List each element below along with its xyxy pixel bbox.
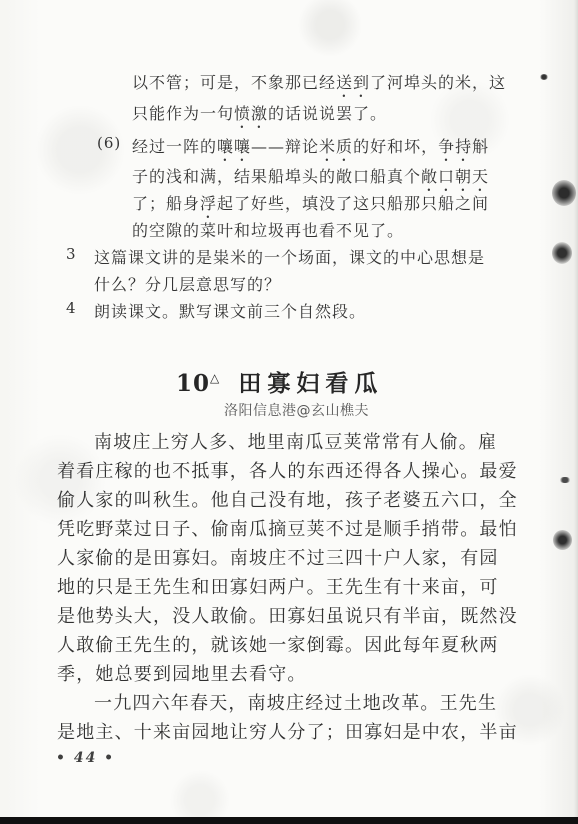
exercise-line: 什么？分几层意思写的？ (0, 272, 578, 296)
exercise-text: 只能作为一句愤激的话说说罢了。 (132, 101, 387, 132)
ink-blot (540, 74, 548, 80)
exercise-text: 朗读课文。默写课文前三个自然段。 (94, 299, 366, 322)
watermark: 洛阳信息港@玄山樵夫 (224, 400, 369, 420)
exercise-line: 的空隙的菜叶和垃圾再也看不见了。 (0, 218, 578, 242)
body-line: 南坡庄上穷人多、地里南瓜豆荚常常有人偷。雇 (57, 428, 537, 457)
body-line: 偷人家的叫秋生。他自己没有地，孩子老婆五六口，全 (57, 486, 537, 515)
exercise-line: 4朗读课文。默写课文前三个自然段。 (0, 299, 578, 323)
body-line: 地的只是王先生和田寡妇两户。王先生有十来亩，可 (57, 573, 537, 602)
exercise-text: 经过一阵的嚷嚷——辩论米质的好和坏，争持斛 (132, 134, 489, 165)
list-marker: (6) (97, 134, 121, 152)
scanned-book-page: 以不管；可是，不象那已经送到了河埠头的米，这 只能作为一句愤激的话说说罢了。 (… (0, 0, 578, 824)
body-line: 着看庄稼的也不抵事，各人的东西还得各人操心。最爱 (57, 457, 537, 486)
exercise-line: 了；船身浮起了好些，填没了这只船那只船之间 (0, 191, 578, 215)
ink-blot (560, 477, 570, 483)
body-line: 凭吃野菜过日子、偷南瓜摘豆荚不过是顺手捎带。最怕 (57, 515, 537, 544)
body-line: 是他势头大，没人敢偷。田寡妇虽说只有半亩，既然没 (57, 602, 537, 631)
exercise-line: 子的浅和满，结果船埠头的敞口船真个敞口朝天 (0, 164, 578, 188)
page-number: • 44 • (56, 750, 115, 766)
exercise-line: (6)经过一阵的嚷嚷——辩论米质的好和坏，争持斛 (0, 134, 578, 158)
body-line: 季，她总要到园地里去看守。 (57, 660, 537, 689)
body-line: 一九四六年春天，南坡庄经过土地改革。王先生 (57, 689, 537, 718)
lesson-body: 南坡庄上穷人多、地里南瓜豆荚常常有人偷。雇 着看庄稼的也不抵事，各人的东西还得各… (57, 428, 537, 747)
lesson-title-text: 田寡妇看瓜 (238, 370, 383, 397)
lesson-title: 10△ 田寡妇看瓜 (176, 365, 383, 398)
scanner-edge-bar (0, 817, 578, 824)
exercise-line: 3这篇课文讲的是粜米的一个场面，课文的中心思想是 (0, 245, 578, 269)
lesson-number: 10 (176, 370, 210, 397)
ink-blot (553, 530, 572, 550)
exercise-text: 以不管；可是，不象那已经送到了河埠头的米，这 (132, 70, 506, 101)
body-line: 是地主、十来亩园地让穷人分了；田寡妇是中农，半亩 (57, 718, 537, 747)
ink-blot (552, 180, 576, 206)
exercise-line: 以不管；可是，不象那已经送到了河埠头的米，这 (0, 70, 578, 94)
list-marker: 4 (66, 299, 77, 317)
lesson-number-mark: △ (210, 371, 219, 385)
body-line: 人敢偷王先生的，就该她一家倒霉。因此每年夏秋两 (57, 631, 537, 660)
ink-blot (552, 242, 572, 264)
exercise-text: 这篇课文讲的是粜米的一个场面，课文的中心思想是 (94, 245, 485, 268)
exercise-text: 什么？分几层意思写的？ (94, 272, 281, 295)
body-line: 人家偷的是田寡妇。南坡庄不过三四十户人家，有园 (57, 544, 537, 573)
list-marker: 3 (66, 245, 77, 263)
exercise-text: 的空隙的菜叶和垃圾再也看不见了。 (132, 218, 404, 241)
exercise-line: 只能作为一句愤激的话说说罢了。 (0, 101, 578, 125)
